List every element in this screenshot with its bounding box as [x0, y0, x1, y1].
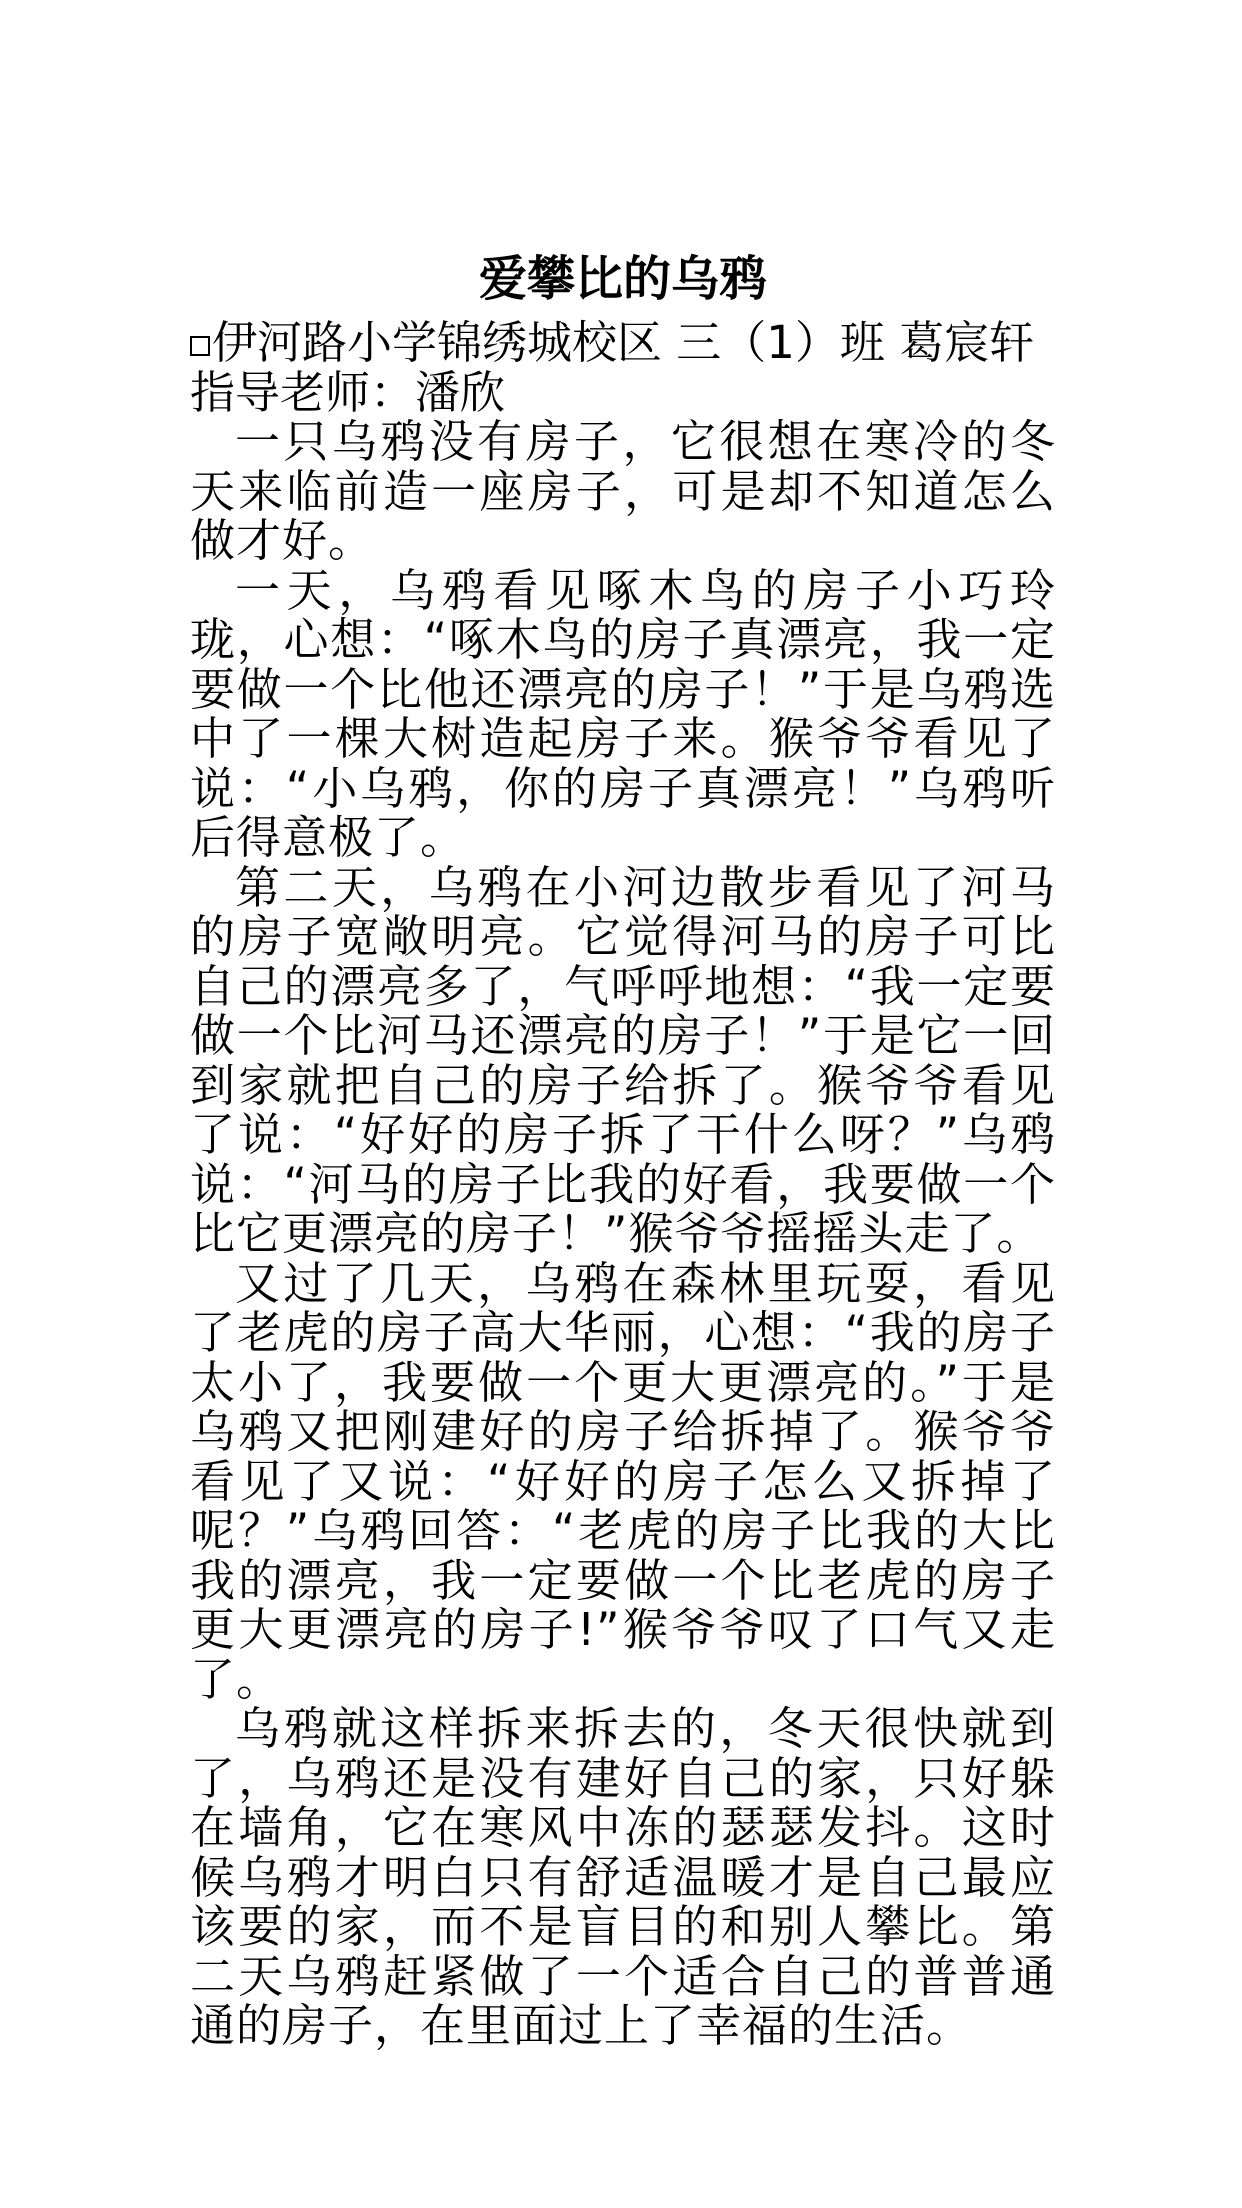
- paragraph-1: 一只乌鸦没有房子，它很想在寒冷的冬天来临前造一座房子，可是却不知道怎么做才好。: [190, 417, 1056, 566]
- document-title: 爱攀比的乌鸦: [190, 240, 1056, 318]
- paragraph-2: 一天，乌鸦看见啄木鸟的房子小巧玲珑，心想：“啄木鸟的房子真漂亮，我一定要做一个比…: [190, 566, 1056, 863]
- author-line: 伊河路小学锦绣城校区 三（1）班 葛宸轩: [190, 318, 1056, 368]
- checkbox-square-icon: [190, 336, 210, 356]
- paragraph-3: 第二天，乌鸦在小河边散步看见了河马的房子宽敞明亮。它觉得河马的房子可比自己的漂亮…: [190, 863, 1056, 1259]
- paragraph-5: 乌鸦就这样拆来拆去的，冬天很快就到了，乌鸦还是没有建好自己的家，只好躲在墙角，它…: [190, 1704, 1056, 2051]
- paragraph-4: 又过了几天，乌鸦在森林里玩耍，看见了老虎的房子高大华丽，心想：“我的房子太小了，…: [190, 1259, 1056, 1705]
- school-and-author: 伊河路小学锦绣城校区 三（1）班 葛宸轩: [212, 316, 1034, 369]
- document-page: 爱攀比的乌鸦 伊河路小学锦绣城校区 三（1）班 葛宸轩 指导老师：潘欣 一只乌鸦…: [190, 240, 1056, 2051]
- teacher-line: 指导老师：潘欣: [190, 368, 1056, 418]
